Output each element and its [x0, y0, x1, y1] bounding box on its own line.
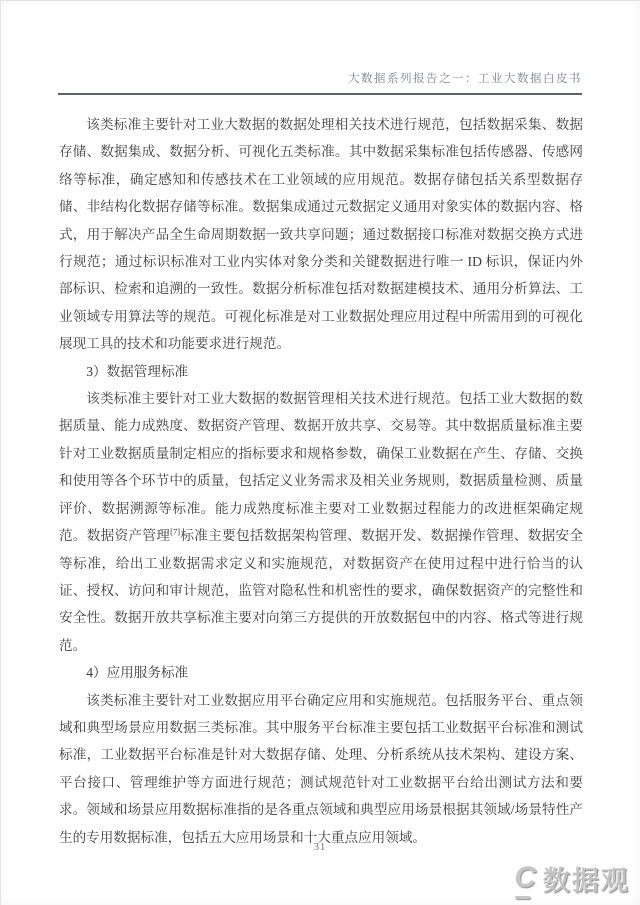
document-page: 大数据系列报告之一：工业大数据白皮书 该类标准主要针对工业大数据的数据处理相关技… [0, 0, 640, 905]
header-report-title: 大数据系列报告之一：工业大数据白皮书 [348, 73, 582, 85]
paragraph-data-management: 该类标准主要针对工业大数据的数据管理相关技术进行规范。包括工业大数据的数据质量、… [59, 385, 583, 659]
watermark-brand-text: 数据观 [543, 868, 630, 895]
footnote-reference-7: [7] [170, 527, 180, 537]
document-body: 该类标准主要针对工业大数据的数据处理相关技术进行规范，包括数据采集、数据存储、数… [59, 111, 583, 851]
section-heading-data-management: 3）数据管理标准 [59, 358, 583, 385]
page-header: 大数据系列报告之一：工业大数据白皮书 [58, 70, 582, 95]
paragraph-data-processing: 该类标准主要针对工业大数据的数据处理相关技术进行规范，包括数据采集、数据存储、数… [59, 111, 583, 358]
paragraph-application-service: 该类标准主要针对工业数据应用平台确定应用和实施规范。包括服务平台、重点领域和典型… [59, 687, 583, 851]
watermark: C 数据观 [514, 863, 630, 899]
paragraph-data-management-text-continued: 标准主要包括数据架构管理、数据开发、数据操作管理、数据安全等标准，给出工业数据需… [59, 528, 583, 653]
datanews-logo-icon: C [514, 863, 536, 899]
page-number: 31 [0, 842, 640, 853]
section-heading-application-service: 4）应用服务标准 [59, 659, 583, 686]
paragraph-data-management-text: 该类标准主要针对工业大数据的数据管理相关技术进行规范。包括工业大数据的数据质量、… [59, 391, 583, 543]
